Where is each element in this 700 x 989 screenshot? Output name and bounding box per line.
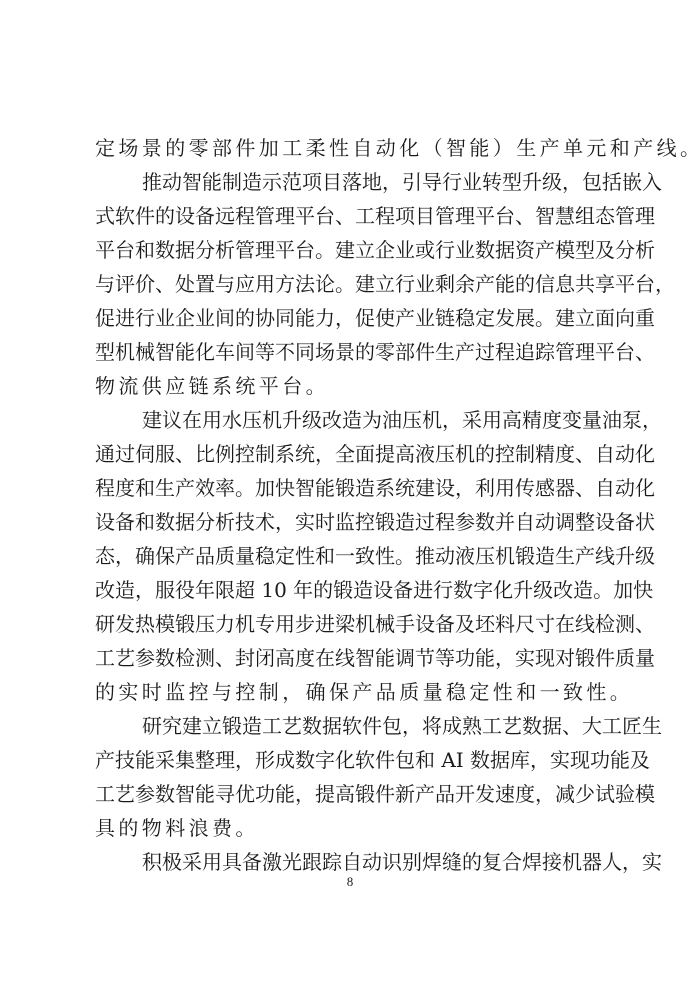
text-line: 工艺参数检测、封闭高度在线智能调节等功能，实现对锻件质量 [95, 641, 611, 675]
text-line: 工艺参数智能寻优功能，提高锻件新产品开发速度，减少试验模 [95, 777, 611, 811]
document-page: 定场景的零部件加工柔性自动化（智能）生产单元和产线。 推动智能制造示范项目落地，… [0, 0, 700, 989]
text-line: 型机械智能化车间等不同场景的零部件生产过程追踪管理平台、 [95, 335, 611, 369]
paragraph-first-line: 研究建立锻造工艺数据软件包，将成熟工艺数据、大工匠生 [95, 709, 611, 743]
text-line: 研发热模锻压力机专用步进梁机械手设备及坯料尺寸在线检测、 [95, 607, 611, 641]
text-line: 定场景的零部件加工柔性自动化（智能）生产单元和产线。 [95, 131, 611, 165]
text-line: 平台和数据分析管理平台。建立企业或行业数据资产模型及分析 [95, 233, 611, 267]
text-line: 产技能采集整理，形成数字化软件包和 AI 数据库，实现功能及 [95, 743, 611, 777]
text-line: 的实时监控与控制，确保产品质量稳定性和一致性。 [95, 675, 611, 709]
text-line: 通过伺服、比例控制系统，全面提高液压机的控制精度、自动化 [95, 437, 611, 471]
text-line: 改造，服役年限超 10 年的锻造设备进行数字化升级改造。加快 [95, 573, 611, 607]
text-line: 与评价、处置与应用方法论。建立行业剩余产能的信息共享平台， [95, 267, 611, 301]
text-line: 态，确保产品质量稳定性和一致性。推动液压机锻造生产线升级 [95, 539, 611, 573]
text-line: 设备和数据分析技术，实时监控锻造过程参数并自动调整设备状 [95, 505, 611, 539]
body-text: 定场景的零部件加工柔性自动化（智能）生产单元和产线。 推动智能制造示范项目落地，… [95, 131, 611, 879]
text-line: 物流供应链系统平台。 [95, 369, 611, 403]
text-line: 具的物料浪费。 [95, 811, 611, 845]
paragraph-first-line: 建议在用水压机升级改造为油压机，采用高精度变量油泵， [95, 403, 611, 437]
page-number: 8 [0, 874, 700, 890]
text-line: 程度和生产效率。加快智能锻造系统建设，利用传感器、自动化 [95, 471, 611, 505]
text-line: 促进行业企业间的协同能力，促使产业链稳定发展。建立面向重 [95, 301, 611, 335]
paragraph-first-line: 推动智能制造示范项目落地，引导行业转型升级，包括嵌入 [95, 165, 611, 199]
text-line: 式软件的设备远程管理平台、工程项目管理平台、智慧组态管理 [95, 199, 611, 233]
